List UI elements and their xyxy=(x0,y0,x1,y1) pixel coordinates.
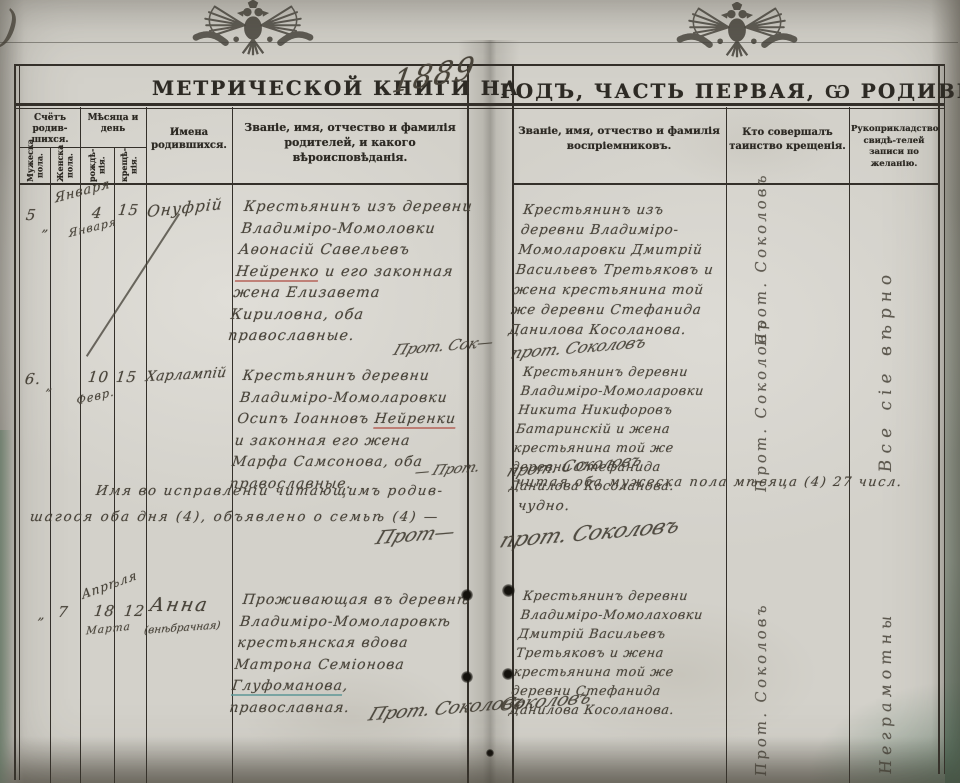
imperial-eagle-icon xyxy=(192,0,314,58)
binding-hole xyxy=(461,589,473,601)
record-count-male: 5 xyxy=(25,206,38,224)
header-month-baptized: крещѣ-нія. xyxy=(120,149,139,182)
correction-note-line1-right: читая оба мужеска пола мѣсяца (4) 27 чис… xyxy=(515,475,904,490)
grid-line xyxy=(849,107,850,783)
grid-line xyxy=(14,64,16,780)
grid-line xyxy=(14,108,944,109)
correction-note-line1: Имя во исправленіи читающимъ родив- xyxy=(95,483,445,499)
record-parents: Крестьянинъ изъ деревни Владиміро-Момоло… xyxy=(227,197,475,348)
binding-hole xyxy=(486,749,494,757)
pen-stroke xyxy=(86,213,180,357)
header-witness: Рукоприкладство свидѣ-телей записи по же… xyxy=(851,124,937,170)
header-celebrant: Кто совершалъ таинство крещенія. xyxy=(728,126,847,154)
celebrant-signature: Прот. Соколовъ xyxy=(752,351,770,493)
page-title-right: ГОДЪ, ЧАСТЬ ПЕРВАЯ, Ѡ РОДИВШИХСЯ. xyxy=(500,79,960,104)
parents-surname-underlined: Глуфоманова xyxy=(231,678,344,696)
parents-surname-underlined: Нейренки xyxy=(373,411,457,429)
parents-text: Крестьянинъ изъ деревни Владиміро-Момоло… xyxy=(238,199,474,258)
grid-line xyxy=(0,42,958,43)
record-count-female: „ xyxy=(45,379,55,394)
binding-hole xyxy=(461,671,473,683)
header-godparents: Званіе, имя, отчество и фамилія воспріем… xyxy=(516,124,722,154)
grid-line xyxy=(512,183,938,185)
header-count-female: Женска пола. xyxy=(56,149,75,182)
record-godparents: Крестьянинъ изъ деревни Владиміро-Момола… xyxy=(507,200,730,340)
grid-line xyxy=(938,64,940,774)
header-parents: Званіе, имя, отчество и фамилія родителе… xyxy=(236,120,464,165)
record-birth-day: 10 xyxy=(87,368,110,386)
grid-line xyxy=(50,147,51,783)
record-baptism-day: 15 xyxy=(115,368,138,386)
record-name: Харлампій xyxy=(145,365,228,385)
record-birth-month-note: Февр. xyxy=(76,384,115,408)
binding-hole xyxy=(502,584,515,597)
correction-note-line2-right: чудно. xyxy=(517,498,571,514)
witness-signature: Неграмотны xyxy=(876,555,895,775)
header-names: Имена родившихся. xyxy=(148,126,230,152)
celebrant-signature: Прот. Соколовъ xyxy=(752,575,770,777)
witness-signature: Все сіе вѣрно xyxy=(876,211,896,473)
record-name: Онуфрій xyxy=(146,195,223,221)
metrical-book-scan: МЕТРИЧЕСКОЙ КНИГИ НА 1889 ГОДЪ, ЧАСТЬ ПЕ… xyxy=(0,0,960,783)
record-count-male: 6. xyxy=(24,370,43,388)
header-count-male: Мужеска пола. xyxy=(26,149,45,182)
grid-line xyxy=(944,64,945,774)
record-name-note: (внѣбрачная) xyxy=(143,619,221,636)
parents-surname-underlined: Нейренко xyxy=(235,264,321,282)
correction-note-line2: шагося оба дня (4), объявлено о семьѣ (4… xyxy=(29,509,440,525)
record-baptism-day: 12 xyxy=(123,602,146,620)
header-month-group: Мѣсяца и день xyxy=(82,113,144,135)
record-count-female: 7 xyxy=(57,603,70,621)
record-count-male: „ xyxy=(37,608,47,623)
scanner-edge-tint xyxy=(945,90,960,783)
record-baptism-day: 15 xyxy=(117,201,140,219)
grid-line xyxy=(114,147,115,783)
record-month-note: Апрѣля xyxy=(80,567,138,602)
record-count-female: „ xyxy=(41,220,51,235)
priest-signature: Прот— xyxy=(373,521,458,549)
parents-text: Проживающая въ деревнѣ Владиміро-Момолар… xyxy=(234,592,471,673)
record-name: Анна xyxy=(148,594,211,616)
grid-line xyxy=(80,107,81,783)
binding-hole xyxy=(502,668,514,680)
record-birth-month-note: Марта xyxy=(86,621,132,638)
imperial-eagle-icon xyxy=(676,2,798,60)
pen-stroke: ) xyxy=(0,0,22,55)
priest-signature: прот. Соколовъ xyxy=(497,514,684,553)
grid-line xyxy=(14,64,944,66)
record-birth-day: 18 xyxy=(93,602,116,620)
scanner-edge-tint xyxy=(0,430,13,783)
grid-line xyxy=(19,64,20,780)
